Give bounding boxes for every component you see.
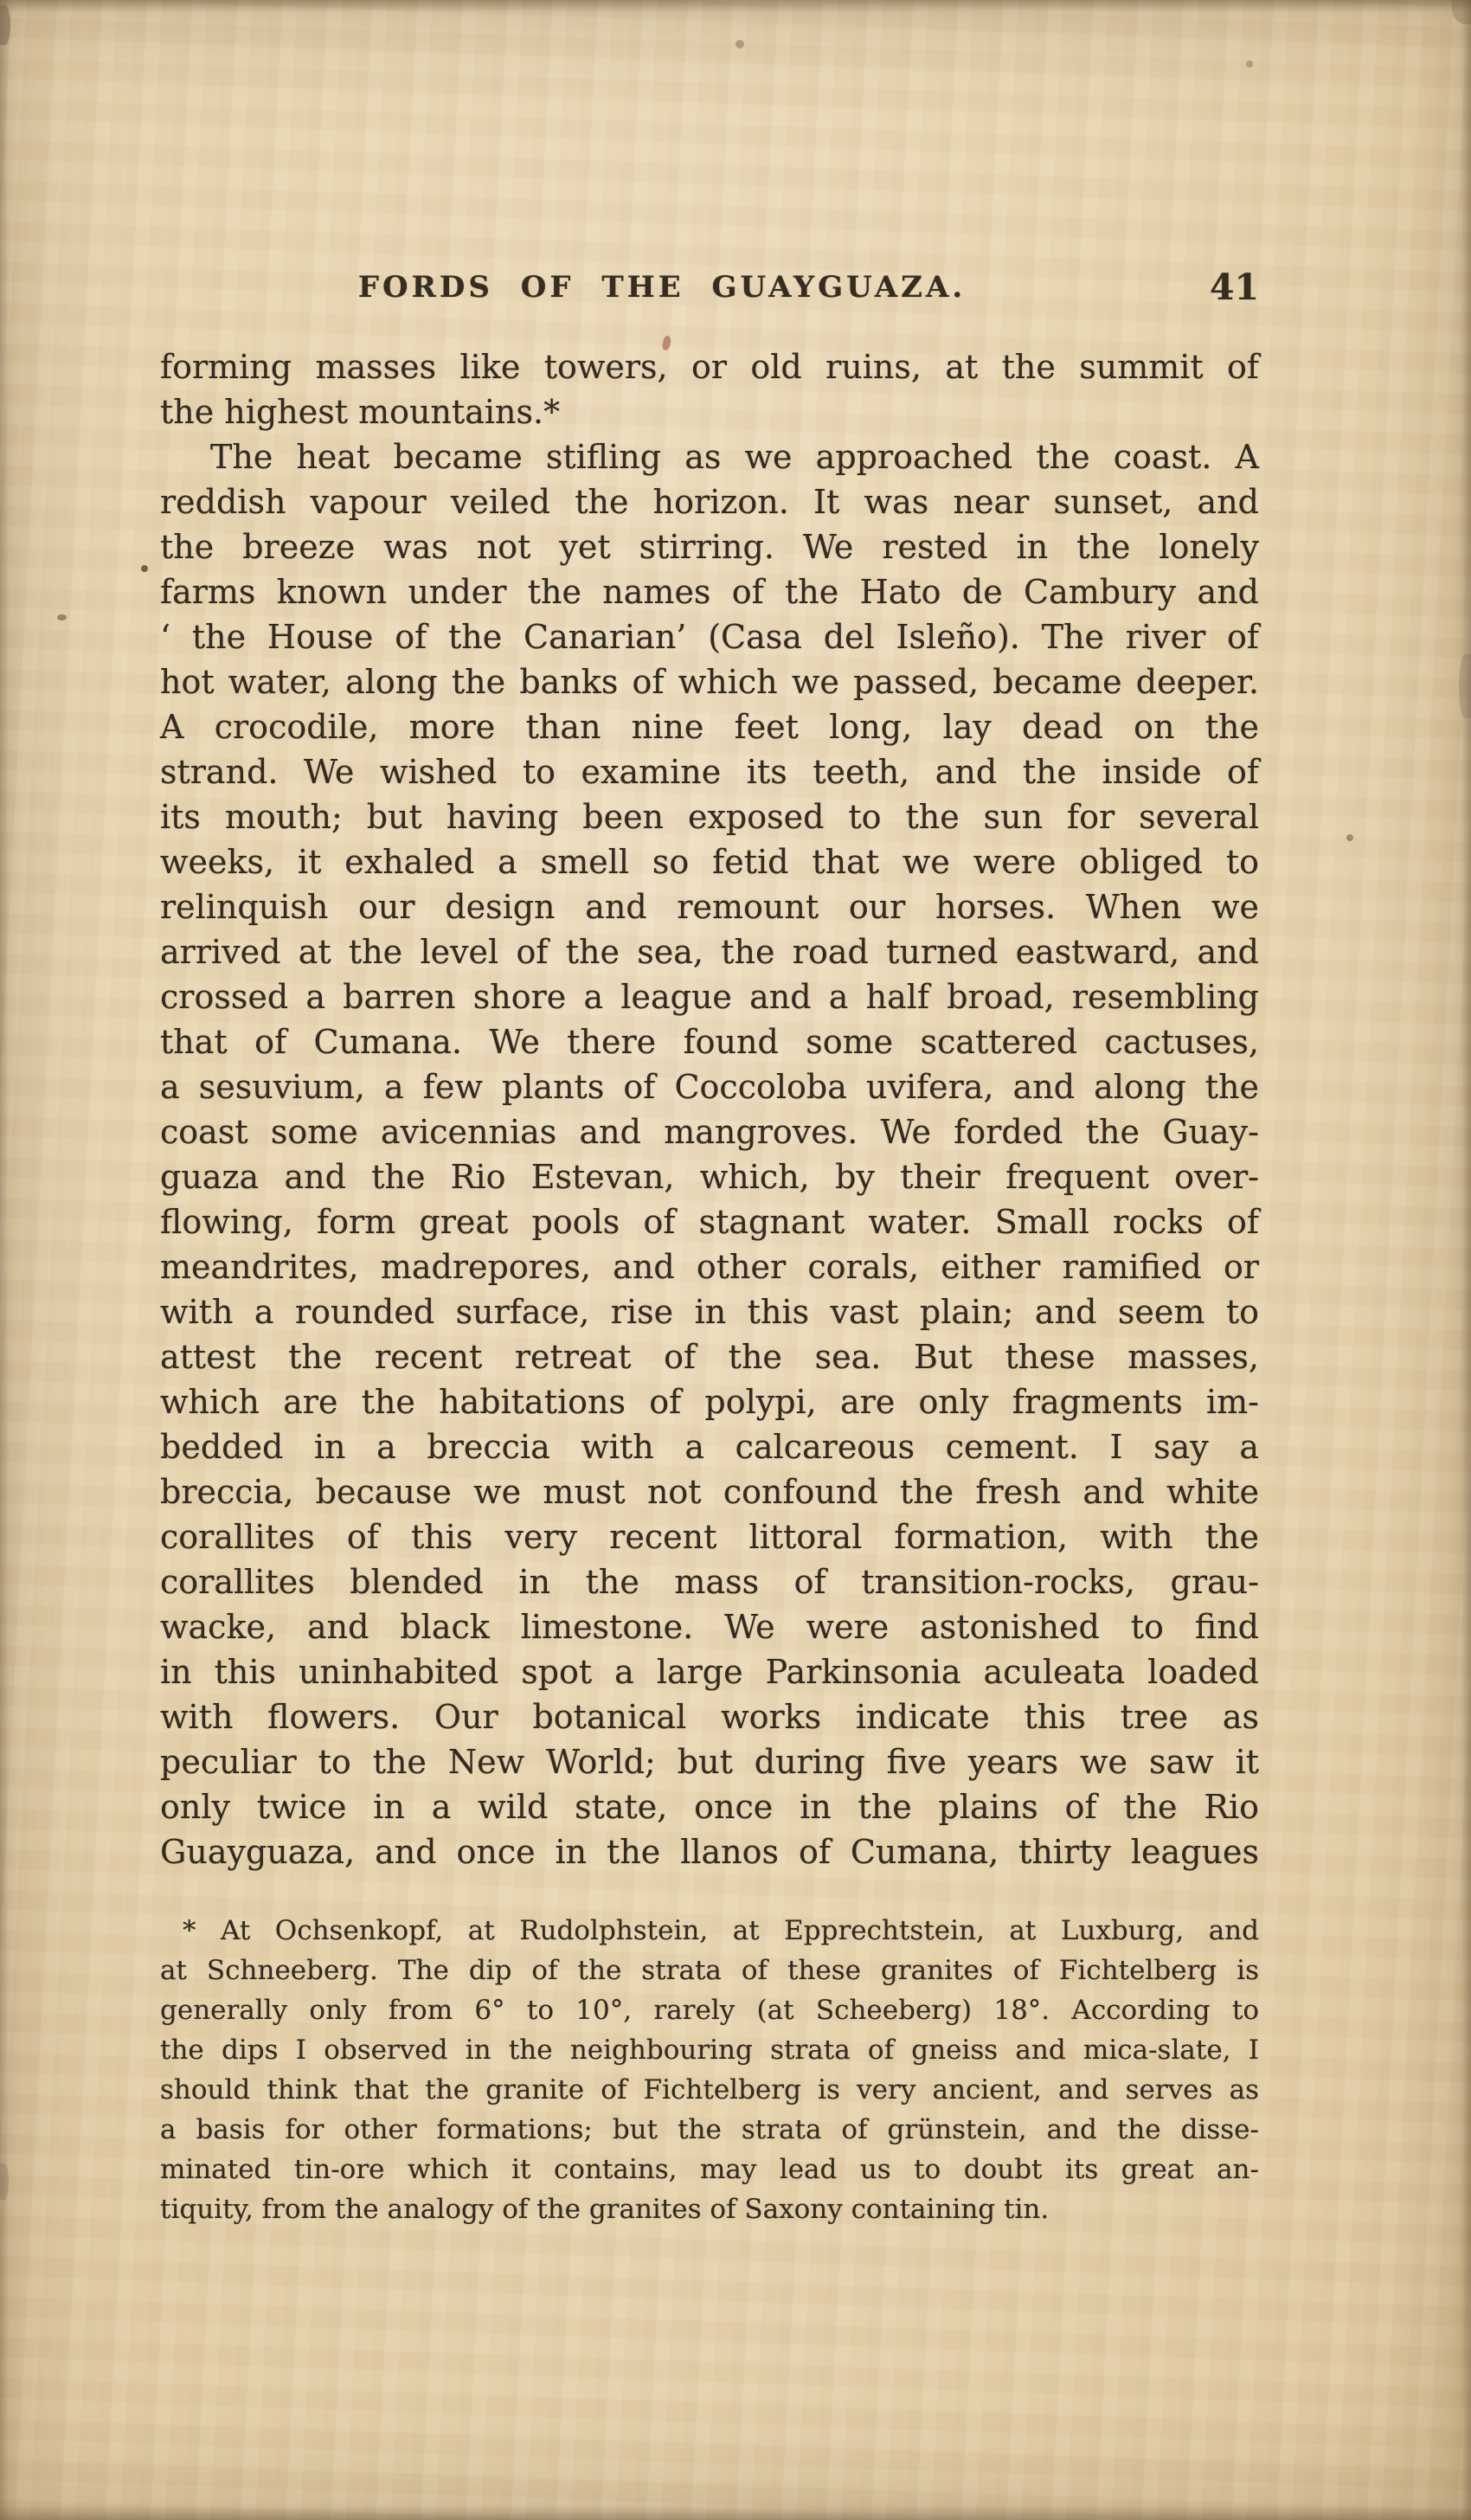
text-line: reddish vapour veiled the horizon. It wa… [160, 479, 1259, 524]
text-line: wacke, and black limestone. We were asto… [160, 1604, 1259, 1649]
text-line: peculiar to the New World; but during fi… [160, 1739, 1259, 1784]
ink-speck [0, 2163, 9, 2200]
text-line: in this uninhabited spot a large Parkins… [160, 1649, 1259, 1694]
text-line: ‘ the House of the Canarian’ (Casa del I… [160, 614, 1259, 659]
scan-edge-bottom [0, 2506, 1471, 2520]
text-line: Guayguaza, and once in the llanos of Cum… [160, 1829, 1259, 1874]
ink-speck [141, 565, 148, 572]
ink-speck [735, 40, 744, 48]
text-line: at Schneeberg. The dip of the strata of … [160, 1951, 1259, 1990]
text-line: its mouth; but having been exposed to th… [160, 794, 1259, 839]
text-line: hot water, along the banks of which we p… [160, 659, 1259, 704]
text-line: * At Ochsenkopf, at Rudolphstein, at Epp… [160, 1911, 1259, 1951]
page-number: 41 [1210, 267, 1259, 308]
running-title: FORDS OF THE GUAYGUAZA. [358, 270, 966, 305]
ink-speck [1459, 654, 1471, 718]
text-line: breccia, because we must not confound th… [160, 1469, 1259, 1514]
text-line: with a rounded surface, rise in this vas… [160, 1289, 1259, 1334]
ink-speck [0, 5, 10, 45]
text-line: The heat became stifling as we approache… [160, 434, 1259, 479]
text-line: corallites of this very recent littoral … [160, 1514, 1259, 1559]
text-line: which are the habitations of polypi, are… [160, 1379, 1259, 1424]
text-line: that of Cumana. We there found some scat… [160, 1019, 1259, 1064]
text-line: corallites blended in the mass of transi… [160, 1559, 1259, 1604]
body-text: forming masses like towers, or old ruins… [160, 344, 1259, 1874]
text-line: a basis for other formations; but the st… [160, 2110, 1259, 2150]
scan-edge-left [0, 0, 9, 2520]
text-line: bedded in a breccia with a calcareous ce… [160, 1424, 1259, 1469]
text-line: forming masses like towers, or old ruins… [160, 344, 1259, 389]
ink-speck [1246, 61, 1253, 67]
text-line: arrived at the level of the sea, the roa… [160, 929, 1259, 974]
scan-edge-right [1461, 0, 1471, 2520]
text-line: tiquity, from the analogy of the granite… [160, 2189, 1259, 2229]
scan-edge-top [0, 0, 1471, 12]
ink-speck [1452, 0, 1471, 24]
text-line: minated tin-ore which it contains, may l… [160, 2150, 1259, 2189]
text-line: the dips I observed in the neighbouring … [160, 2030, 1259, 2070]
text-line: farms known under the names of the Hato … [160, 569, 1259, 614]
text-line: the breeze was not yet stirring. We rest… [160, 524, 1259, 569]
footnote: * At Ochsenkopf, at Rudolphstein, at Epp… [160, 1911, 1259, 2229]
ink-speck [57, 614, 67, 620]
text-line: weeks, it exhaled a smell so fetid that … [160, 839, 1259, 884]
text-line: A crocodile, more than nine feet long, l… [160, 704, 1259, 749]
text-line: generally only from 6° to 10°, rarely (a… [160, 1990, 1259, 2030]
page-header: FORDS OF THE GUAYGUAZA. 41 [160, 270, 1259, 313]
text-line: the highest mountains.* [160, 389, 1259, 434]
text-line: attest the recent retreat of the sea. Bu… [160, 1334, 1259, 1379]
text-line: only twice in a wild state, once in the … [160, 1784, 1259, 1829]
text-line: should think that the granite of Fichtel… [160, 2070, 1259, 2110]
text-line: strand. We wished to examine its teeth, … [160, 749, 1259, 794]
ink-speck [1346, 834, 1353, 841]
text-line: meandrites, madrepores, and other corals… [160, 1244, 1259, 1289]
text-line: a sesuvium, a few plants of Coccoloba uv… [160, 1064, 1259, 1109]
text-line: with flowers. Our botanical works indica… [160, 1694, 1259, 1739]
book-page-scan: FORDS OF THE GUAYGUAZA. 41 forming masse… [0, 0, 1471, 2520]
text-line: crossed a barren shore a league and a ha… [160, 974, 1259, 1019]
text-line: coast some avicennias and mangroves. We … [160, 1109, 1259, 1154]
text-line: relinquish our design and remount our ho… [160, 884, 1259, 929]
text-line: guaza and the Rio Estevan, which, by the… [160, 1154, 1259, 1199]
text-line: flowing, form great pools of stagnant wa… [160, 1199, 1259, 1244]
